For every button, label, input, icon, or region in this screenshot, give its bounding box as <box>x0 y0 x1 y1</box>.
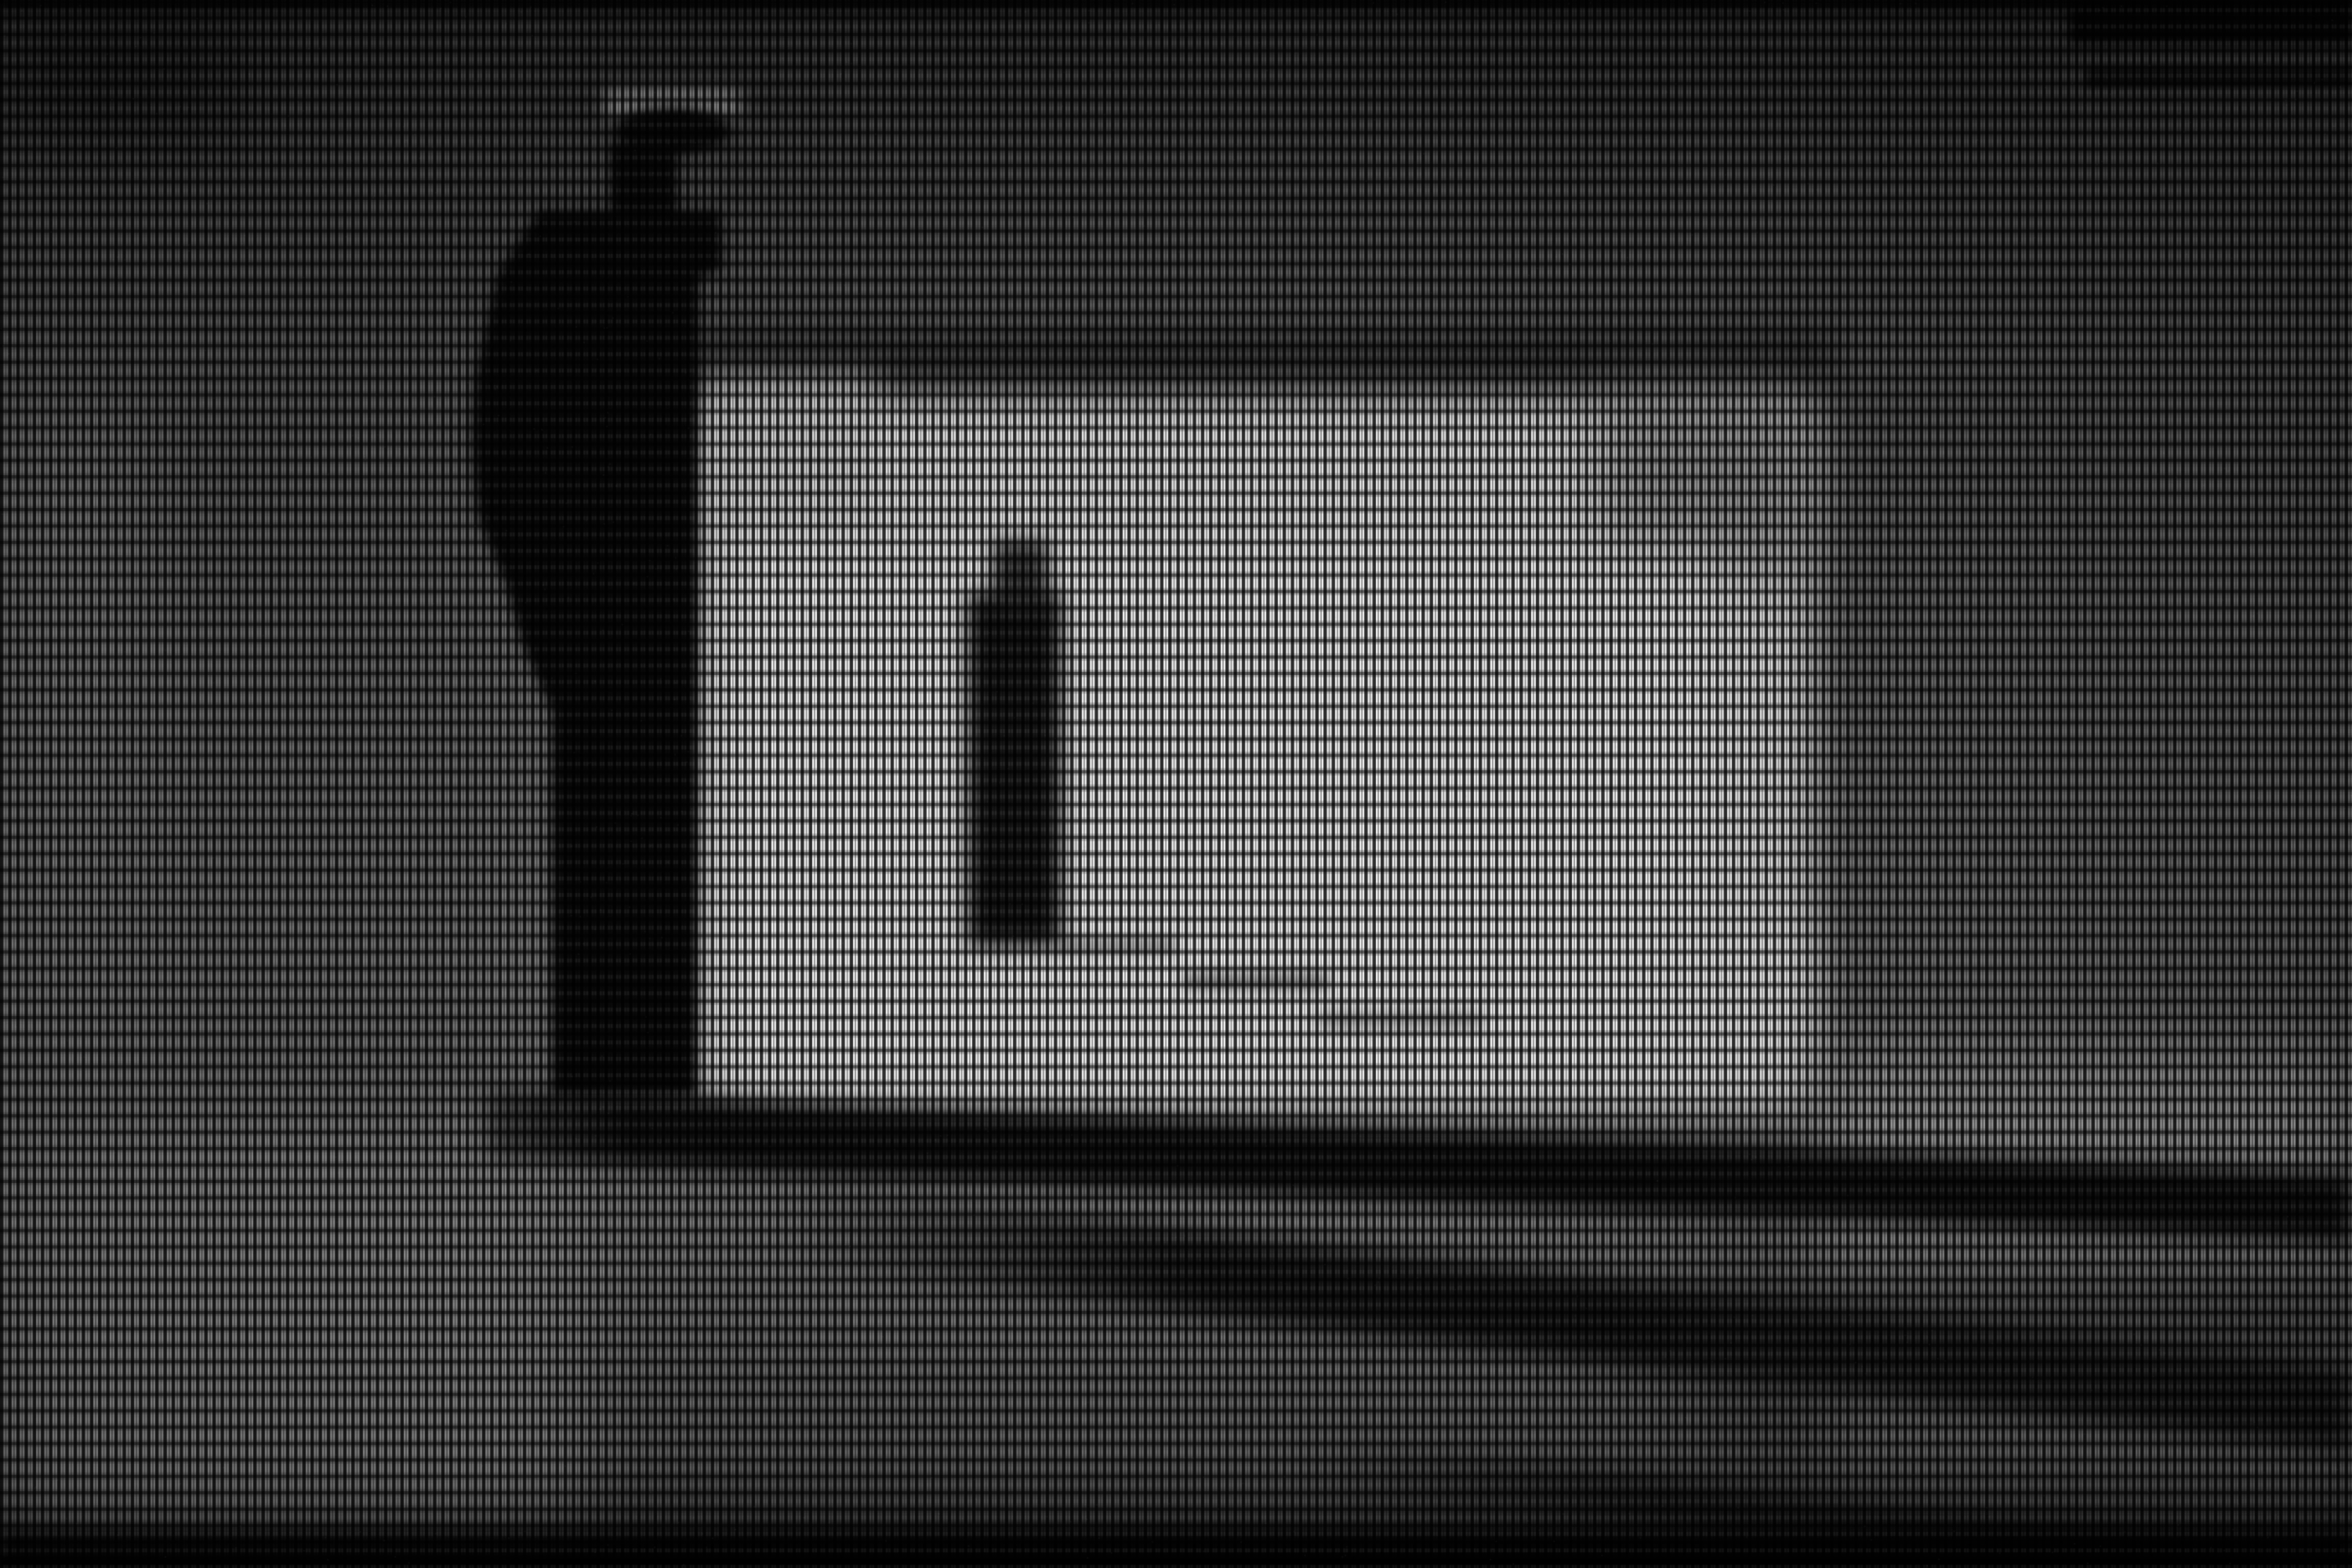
halftone-photo <box>0 0 2352 1568</box>
halftone-photo-canvas <box>0 0 2352 1568</box>
